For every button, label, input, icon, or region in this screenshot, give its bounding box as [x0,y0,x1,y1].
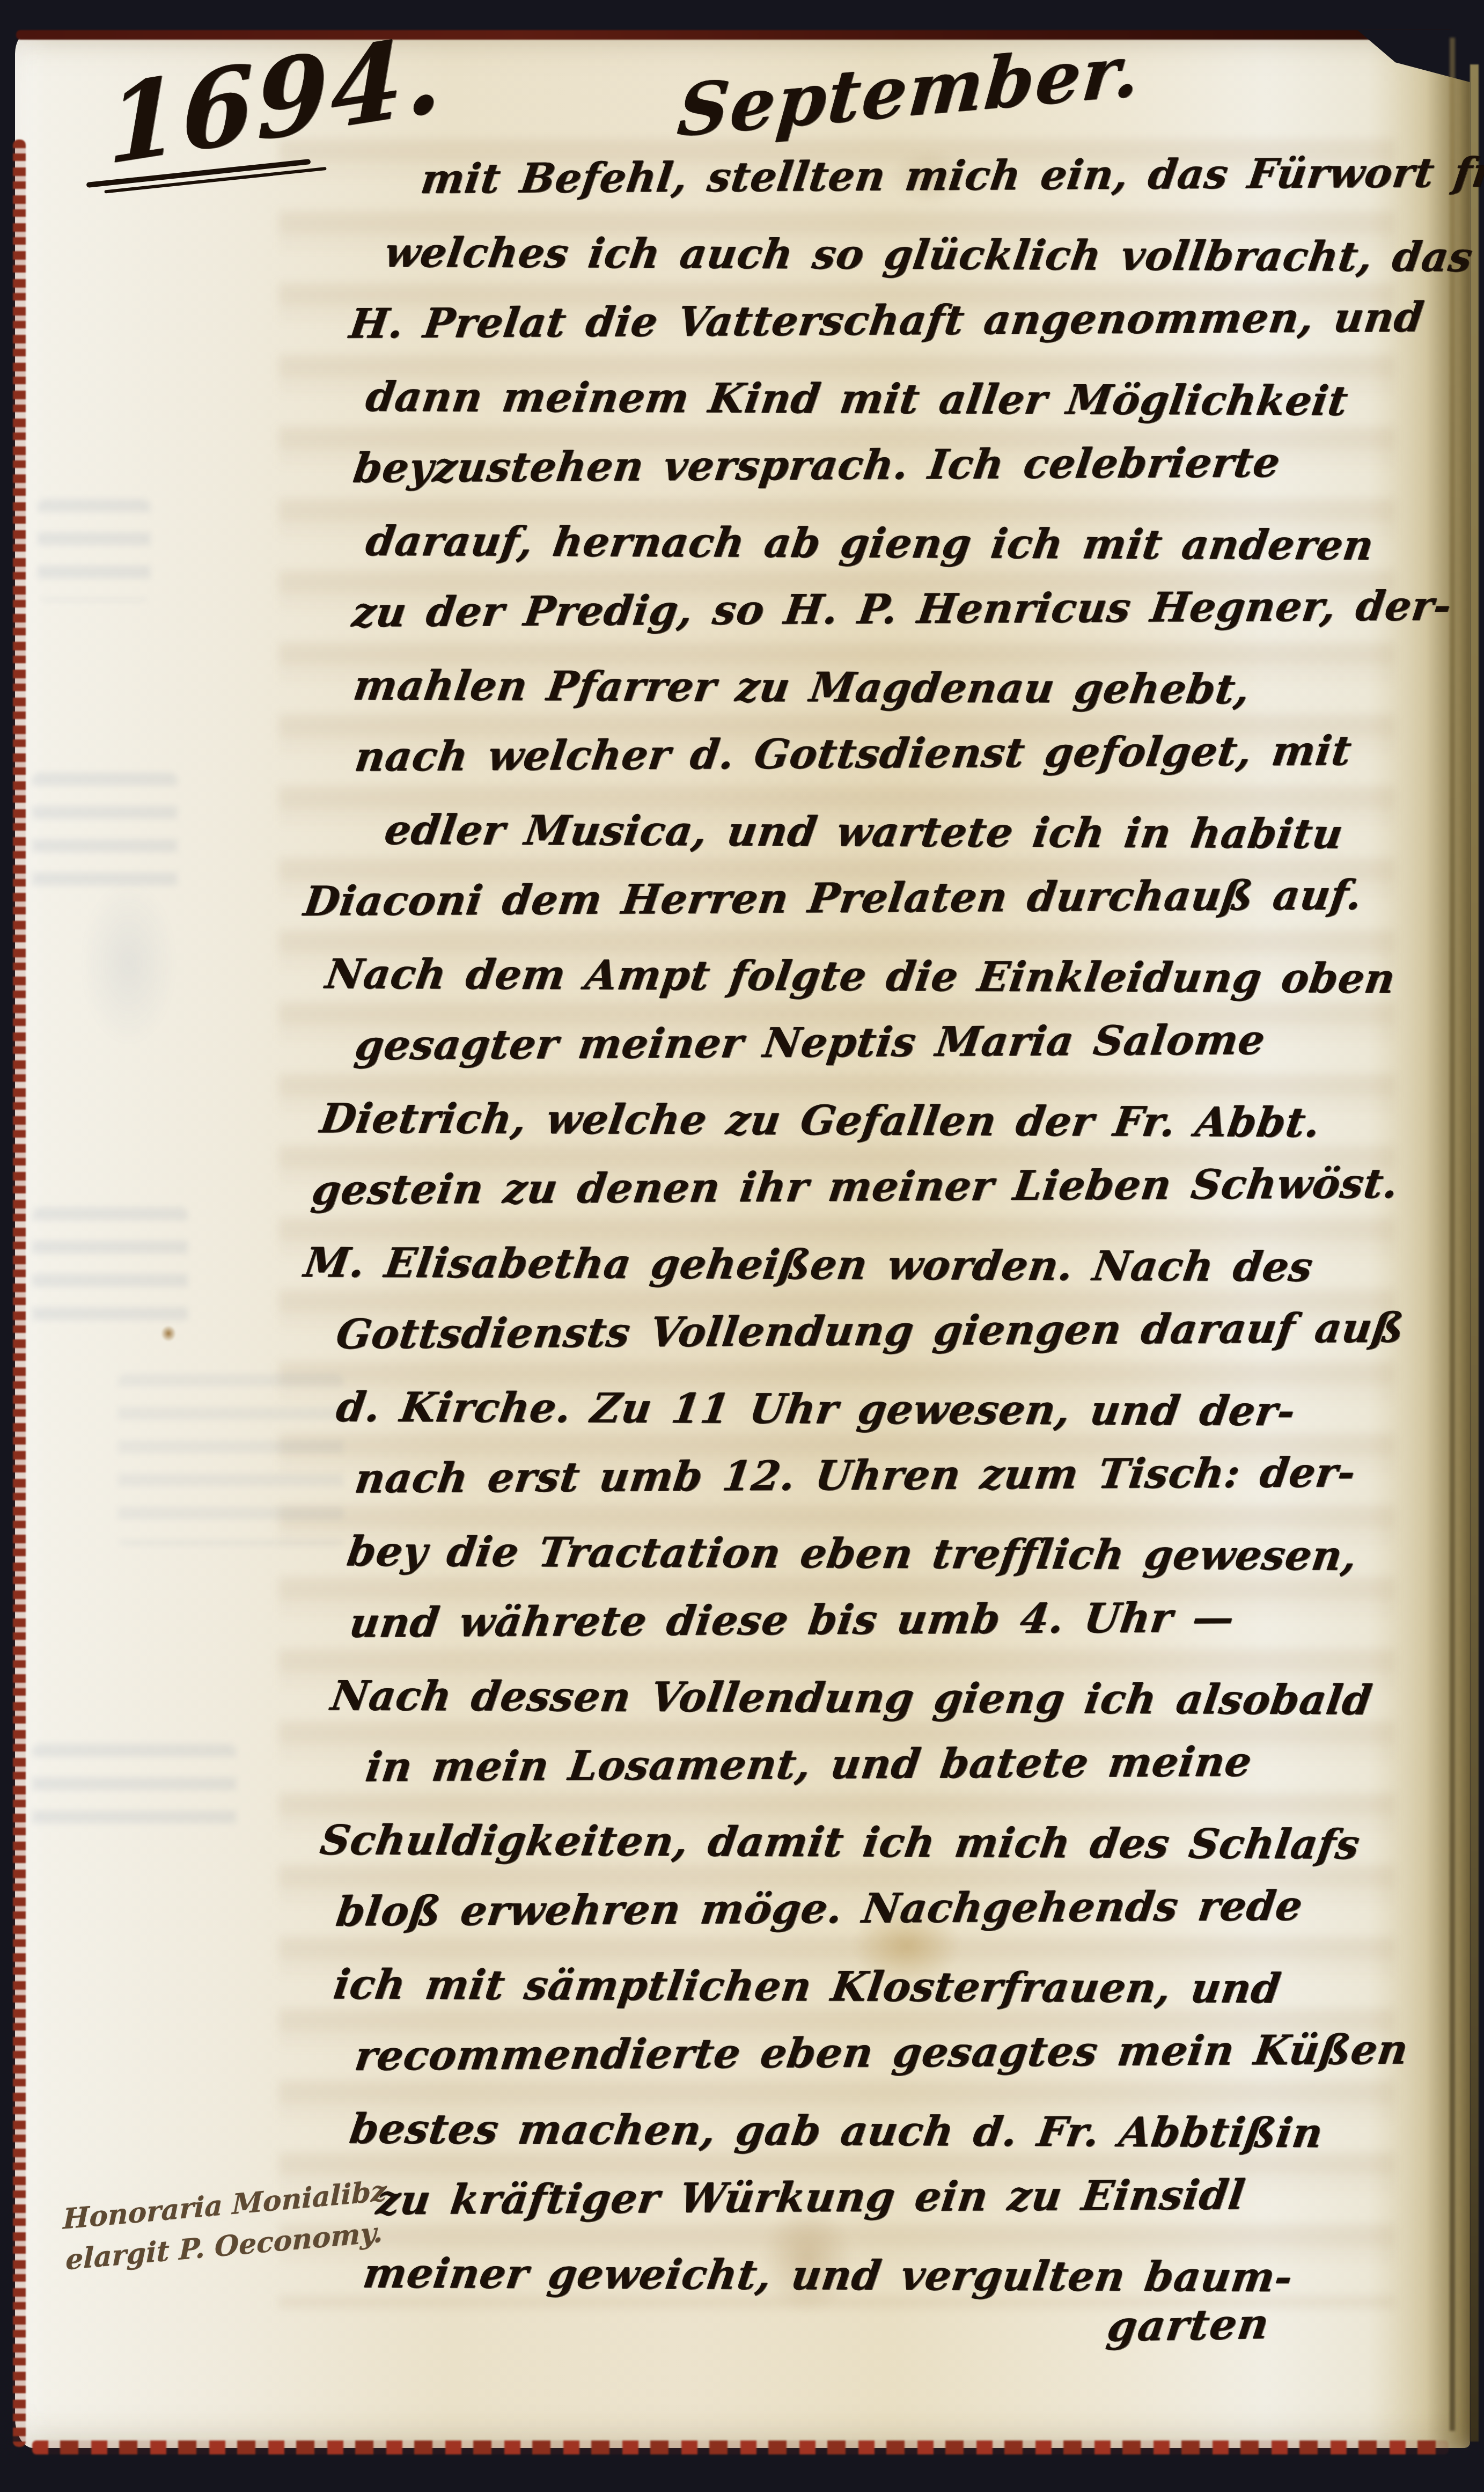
manuscript-line: recommendierte eben gesagtes mein Küßen [299,2013,1415,2092]
manuscript-line: und währete diese bis umb 4. Uhr — [299,1580,1415,1659]
manuscript-line: gestein zu denen ihr meiner Lieben Schwö… [299,1147,1415,1226]
manuscript-line: welches ich auch so glücklich vollbracht… [299,216,1414,293]
manuscript-line: Diaconi dem Herren Prelaten durchauß auf… [299,859,1415,937]
manuscript-line: Dietrich, welche zu Gefallen der Fr. Abb… [299,1082,1414,1159]
book-top-red-edge [16,30,1454,40]
manuscript-line: Schuldigkeiten, damit ich mich des Schla… [299,1804,1414,1881]
manuscript-line: Gottsdiensts Vollendung giengen darauf a… [299,1292,1415,1370]
manuscript-line: bloß erwehren möge. Nachgehends rede [299,1869,1415,1948]
page-fore-edge-crease [1450,38,1455,2431]
book-bottom-red-edge [32,2440,1449,2454]
manuscript-line: d. Kirche. Zu 11 Uhr gewesen, und der- [299,1371,1414,1448]
book-left-red-edge [13,140,26,2447]
manuscript-line: gesagter meiner Neptis Maria Salome [299,1003,1415,1082]
manuscript-scan: 1694. September. mit Befehl, stellten mi… [0,0,1484,2492]
book-fore-edge [1470,64,1479,2442]
manuscript-line: edler Musica, und wartete ich in habitu [299,794,1414,870]
manuscript-line: bey die Tractation eben trefflich gewese… [299,1515,1414,1592]
manuscript-line: darauf, hernach ab gieng ich mit anderen [299,505,1414,582]
catchword: garten [1104,2299,1273,2351]
manuscript-line: dann meinem Kind mit aller Möglichkeit [299,361,1414,437]
manuscript-line: Nach dem Ampt folgte die Einkleidung obe… [299,938,1414,1015]
manuscript-line: mit Befehl, stellten mich ein, das Fürwo… [299,137,1415,216]
manuscript-line: in mein Losament, und batete meine [299,1725,1415,1804]
manuscript-line: nach erst umb 12. Uhren zum Tisch: der- [299,1436,1415,1515]
manuscript-line: bestes machen, gab auch d. Fr. Abbtißin [299,2093,1414,2169]
manuscript-line: zu kräftiger Würkung ein zu Einsidl [299,2158,1415,2237]
manuscript-line: zu der Predig, so H. P. Henricus Hegner,… [299,570,1415,649]
manuscript-line: H. Prelat die Vatterschaft angenommen, u… [299,281,1415,360]
manuscript-line: nach welcher d. Gottsdienst gefolget, mi… [299,714,1415,793]
manuscript-line: M. Elisabetha geheißen worden. Nach des [299,1227,1414,1303]
manuscript-line: ich mit sämptlichen Klosterfrauen, und [299,1948,1414,2025]
manuscript-line: beyzustehen versprach. Ich celebrierte [299,426,1415,504]
manuscript-line: mahlen Pfarrer zu Magdenau gehebt, [299,649,1414,726]
manuscript-line: Nach dessen Vollendung gieng ich alsobal… [299,1660,1414,1736]
manuscript-body: mit Befehl, stellten mich ein, das Fürwo… [299,144,1405,2309]
